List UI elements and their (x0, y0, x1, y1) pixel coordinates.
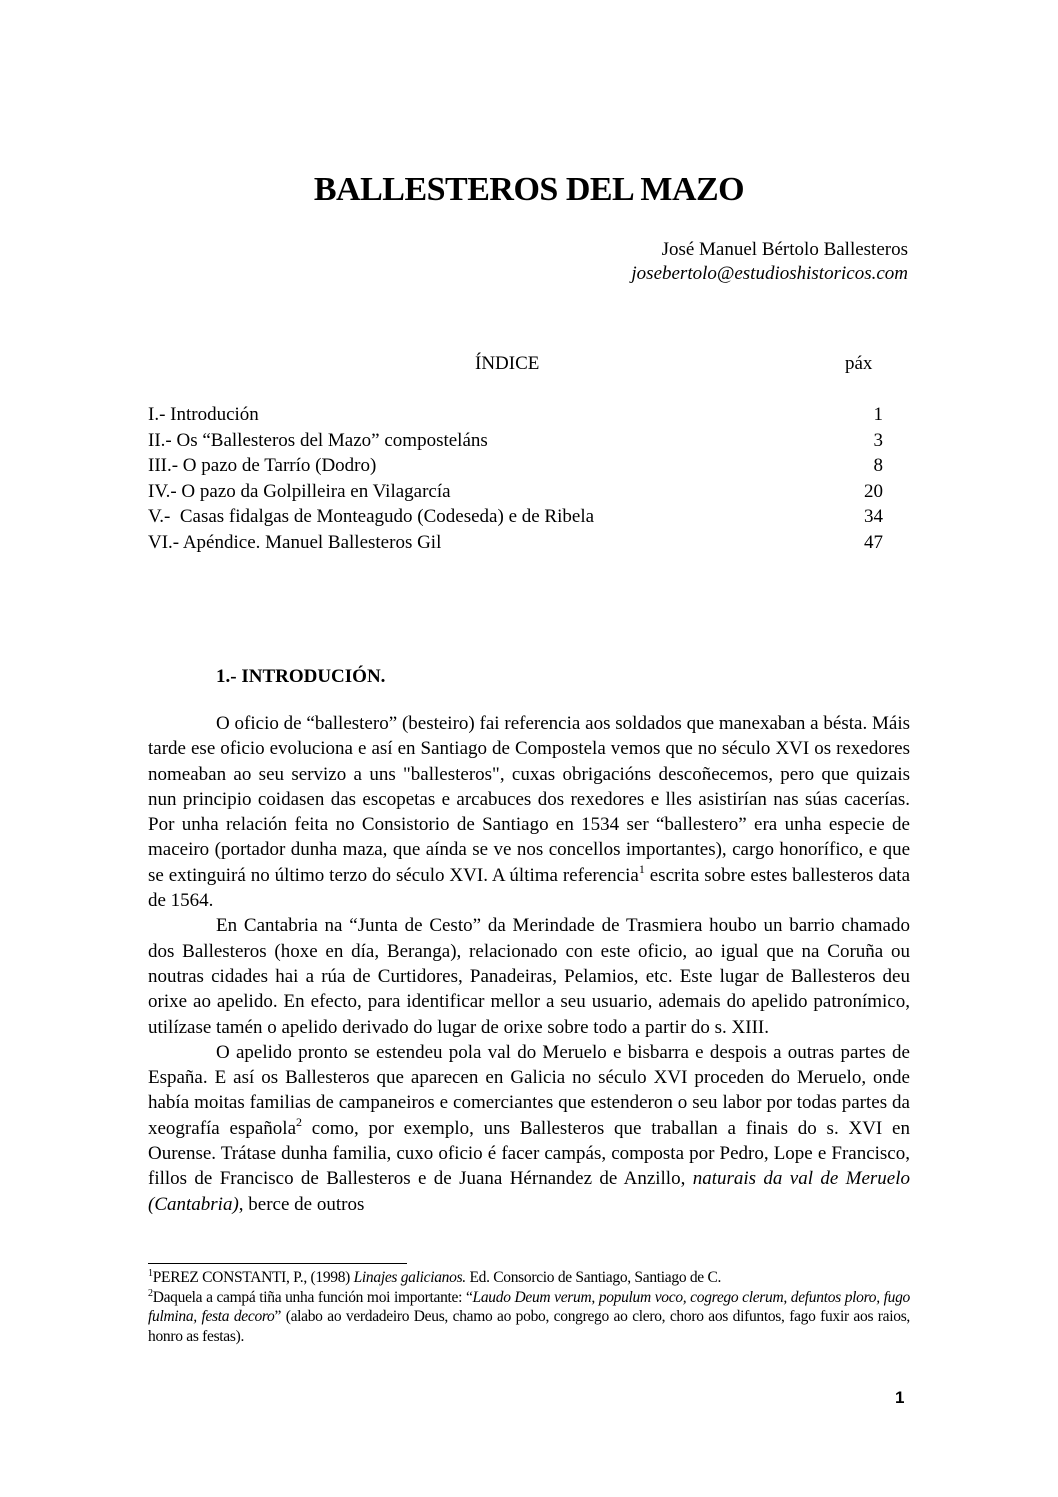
toc-entry-label: VI.- Apéndice. Manuel Ballesteros Gil (148, 530, 441, 556)
author-name: José Manuel Bértolo Ballesteros (631, 238, 908, 262)
toc-entry[interactable]: III.- O pazo de Tarrío (Dodro) 8 (148, 453, 883, 479)
toc-entry[interactable]: VI.- Apéndice. Manuel Ballesteros Gil 47 (148, 530, 883, 556)
toc-page-heading: páx (845, 353, 872, 375)
toc-entry-page: 20 (864, 479, 883, 505)
body-text: O oficio de “ballestero” (besteiro) fai … (148, 711, 910, 1217)
page-number: 1 (895, 1388, 904, 1408)
toc-entry-label: II.- Os “Ballesteros del Mazo” compostel… (148, 428, 488, 454)
footnotes: 1PEREZ CONSTANTI, P., (1998) Linajes gal… (148, 1268, 910, 1346)
toc-entry-page: 8 (874, 453, 884, 479)
toc-heading: ÍNDICE (475, 353, 539, 375)
footnote-text: Daquela a campá tiña unha función moi im… (153, 1289, 473, 1306)
toc-entry[interactable]: I.- Introdución 1 (148, 402, 883, 428)
paragraph: O oficio de “ballestero” (besteiro) fai … (148, 711, 910, 913)
paragraph: En Cantabria na “Junta de Cesto” da Meri… (148, 913, 910, 1039)
footnote-text: Ed. Consorcio de Santiago, Santiago de C… (466, 1269, 721, 1286)
toc-entry-page: 3 (874, 428, 884, 454)
paragraph-text: O oficio de “ballestero” (besteiro) fai … (148, 713, 910, 886)
toc-entry[interactable]: V.- Casas fidalgas de Monteagudo (Codese… (148, 504, 883, 530)
document-title: BALLESTEROS DEL MAZO (0, 168, 1058, 212)
toc-entry-label: I.- Introdución (148, 402, 259, 428)
document-page: BALLESTEROS DEL MAZO José Manuel Bértolo… (0, 0, 1058, 1497)
toc-entry-label: III.- O pazo de Tarrío (Dodro) (148, 453, 376, 479)
footnote-divider (148, 1263, 407, 1264)
table-of-contents: I.- Introdución 1 II.- Os “Ballesteros d… (148, 402, 883, 555)
toc-entry-label: IV.- O pazo da Golpilleira en Vilagarcía (148, 479, 451, 505)
toc-entry-page: 47 (864, 530, 883, 556)
footnote-text: PEREZ CONSTANTI, P., (1998) (153, 1269, 354, 1286)
toc-entry[interactable]: II.- Os “Ballesteros del Mazo” compostel… (148, 428, 883, 454)
toc-entry-page: 1 (874, 402, 884, 428)
section-title: 1.- INTRODUCIÓN. (216, 665, 385, 689)
toc-header: ÍNDICE páx (0, 353, 1058, 379)
footnote: 2Daquela a campá tiña unha función moi i… (148, 1288, 910, 1347)
footnote-italic-text: Linajes galicianos. (354, 1269, 466, 1286)
paragraph-text: , berce de outros (239, 1194, 365, 1215)
toc-entry-page: 34 (864, 504, 883, 530)
author-block: José Manuel Bértolo Ballesteros josebert… (631, 238, 908, 286)
toc-entry[interactable]: IV.- O pazo da Golpilleira en Vilagarcía… (148, 479, 883, 505)
paragraph: O apelido pronto se estendeu pola val do… (148, 1040, 910, 1217)
footnote: 1PEREZ CONSTANTI, P., (1998) Linajes gal… (148, 1268, 910, 1288)
toc-entry-label: V.- Casas fidalgas de Monteagudo (Codese… (148, 504, 594, 530)
author-email[interactable]: josebertolo@estudioshistoricos.com (631, 262, 908, 286)
